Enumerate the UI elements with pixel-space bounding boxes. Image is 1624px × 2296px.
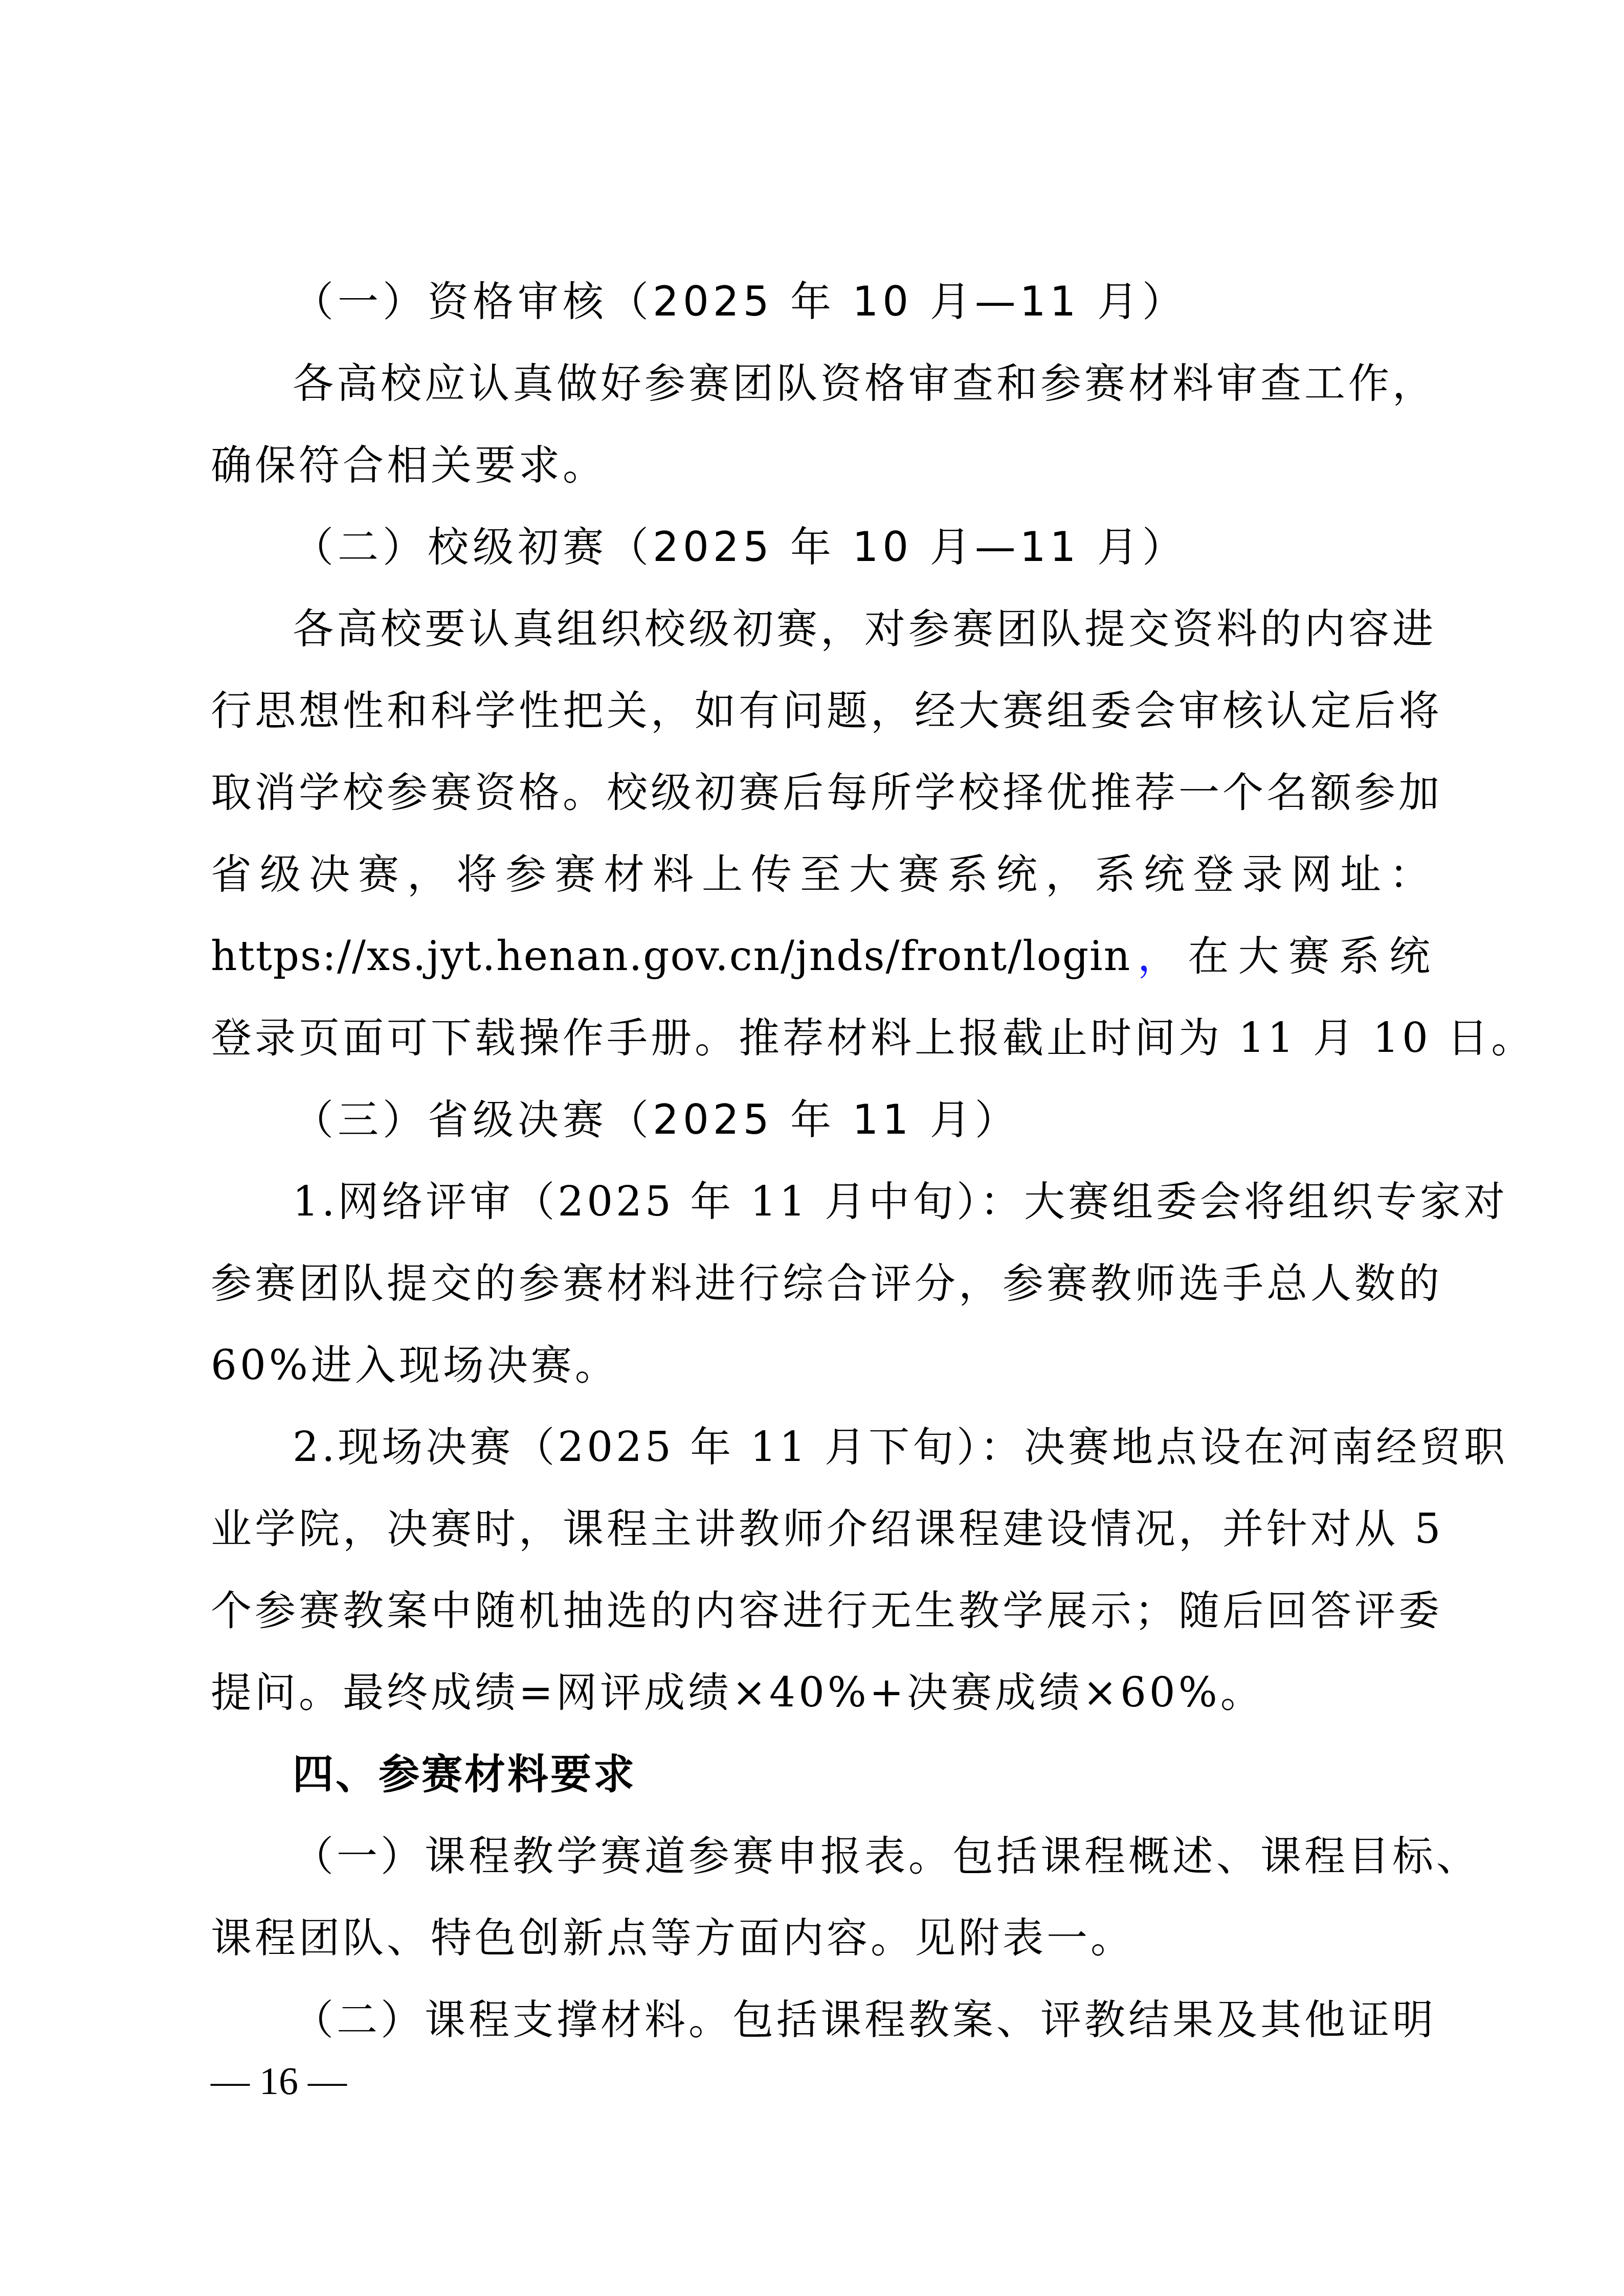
paragraph-line: 取消学校参赛资格。校级初赛后每所学校择优推荐一个名额参加 [211, 767, 1433, 818]
section-heading-provincial-final: （三）省级决赛（2025 年 11 月） [293, 1094, 1515, 1145]
paragraph-line: 登录页面可下载操作手册。推荐材料上报截止时间为 11 月 10 日。 [211, 1012, 1433, 1064]
paragraph-line: 课程团队、特色创新点等方面内容。见附表一。 [211, 1912, 1433, 1964]
paragraph-line: （二）课程支撑材料。包括课程教案、评教结果及其他证明 [293, 1994, 1433, 2045]
paragraph-line: 60%进入现场决赛。 [211, 1340, 1433, 1391]
paragraph-line: 省级决赛，将参赛材料上传至大赛系统，系统登录网址： [211, 849, 1433, 900]
section-heading-school-preliminary: （二）校级初赛（2025 年 10 月—11 月） [293, 522, 1515, 573]
paragraph-line: 确保符合相关要求。 [211, 440, 1433, 491]
paragraph-line: 行思想性和科学性把关，如有问题，经大赛组委会审核认定后将 [211, 685, 1433, 736]
document-page: （一）资格审核（2025 年 10 月—11 月） 各高校应认真做好参赛团队资格… [0, 0, 1624, 2296]
url-line-rest: 在大赛系统 [1188, 932, 1433, 980]
section-heading-qualification-review: （一）资格审核（2025 年 10 月—11 月） [293, 276, 1515, 327]
page-number: — 16 — [211, 2056, 347, 2107]
paragraph-line: （一）课程教学赛道参赛申报表。包括课程概述、课程目标、 [293, 1831, 1433, 1882]
paragraph-line: 个参赛教案中随机抽选的内容进行无生教学展示；随后回答评委 [211, 1585, 1433, 1636]
paragraph-line-url: https://xs.jyt.henan.gov.cn/jnds/front/l… [211, 931, 1433, 982]
paragraph-line: 参赛团队提交的参赛材料进行综合评分，参赛教师选手总人数的 [211, 1258, 1433, 1309]
paragraph-line: 2.现场决赛（2025 年 11 月下旬）：决赛地点设在河南经贸职 [293, 1422, 1433, 1473]
url-comma: ， [1131, 932, 1188, 980]
login-url-link[interactable]: https://xs.jyt.henan.gov.cn/jnds/front/l… [211, 932, 1131, 980]
paragraph-line: 提问。最终成绩=网评成绩×40%+决赛成绩×60%。 [211, 1667, 1433, 1718]
section-heading-material-requirements: 四、参赛材料要求 [293, 1749, 1515, 1800]
paragraph-line: 1.网络评审（2025 年 11 月中旬）：大赛组委会将组织专家对 [293, 1176, 1433, 1227]
paragraph-line: 各高校应认真做好参赛团队资格审查和参赛材料审查工作， [293, 358, 1433, 409]
paragraph-line: 各高校要认真组织校级初赛，对参赛团队提交资料的内容进 [293, 603, 1433, 655]
paragraph-line: 业学院，决赛时，课程主讲教师介绍课程建设情况，并针对从 5 [211, 1503, 1433, 1555]
